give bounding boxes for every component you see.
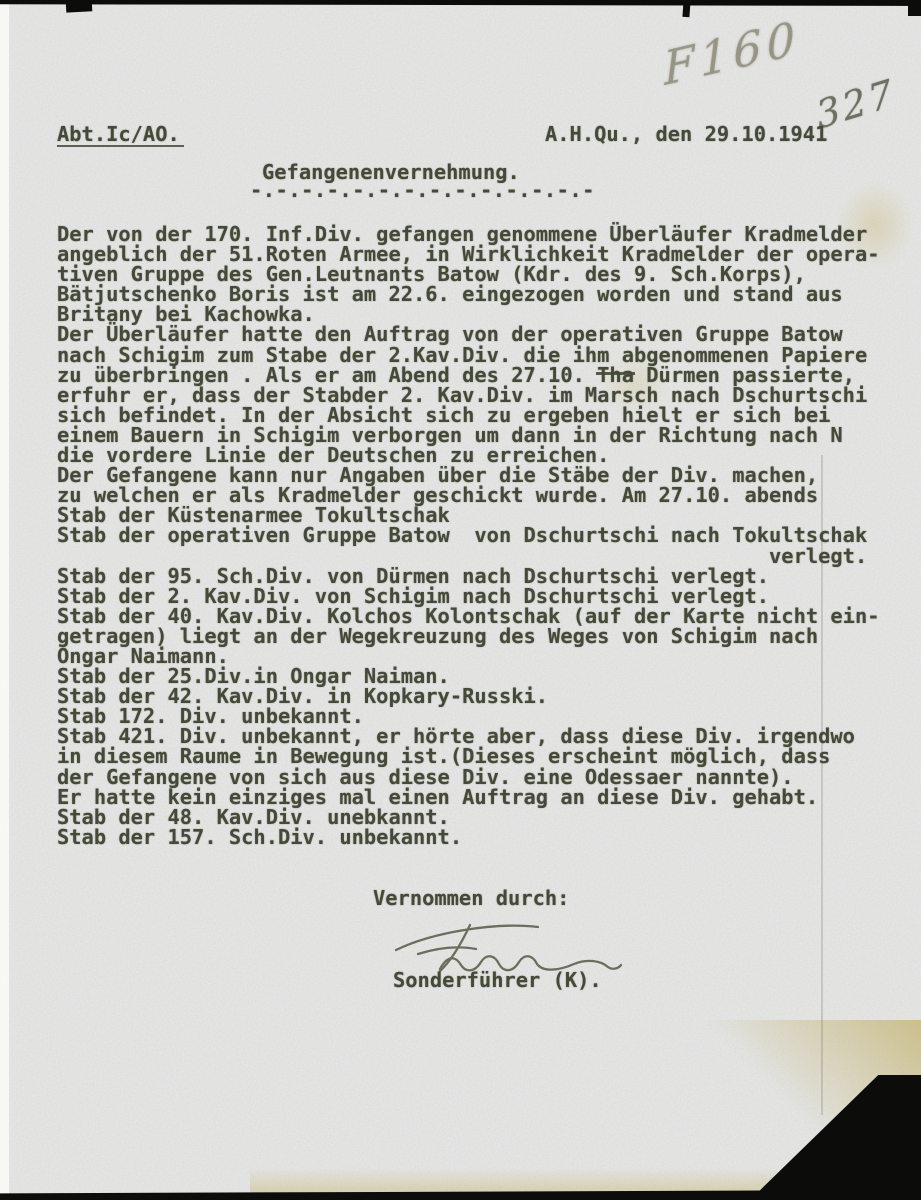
signer-title: Sonderführer (K).: [393, 970, 602, 990]
typed-line: Stab der 95. Sch.Div. von Dürmen nach Ds…: [57, 566, 880, 586]
document-body: Der von der 170. Inf.Div. gefangen genom…: [57, 224, 880, 847]
typed-line: Stab der operativen Gruppe Batow von Dsc…: [57, 525, 880, 545]
scan-edge-left-light: [0, 0, 9, 1200]
typed-line: erfuhr er, dass der Stabder 2. Kav.Div. …: [57, 385, 880, 405]
typed-line: der Gefangene von sich aus diese Div. ei…: [57, 767, 880, 787]
typed-line: in diesem Raume in Bewegung ist.(Dieses …: [57, 746, 880, 766]
dateline: A.H.Qu., den 29.10.1941: [545, 124, 827, 144]
scan-edge-top: [0, 0, 921, 7]
typed-line: Stab der 40. Kav.Div. Kolchos Kolontscha…: [57, 606, 880, 626]
typed-line: Der Überläufer hatte den Auftrag von der…: [57, 324, 880, 344]
typed-line: Stab der 157. Sch.Div. unbekannt.: [57, 827, 880, 847]
typed-line: Stab der 48. Kav.Div. unebkannt.: [57, 807, 880, 827]
typed-line: getragen) liegt an der Wegekreuzung des …: [57, 626, 880, 646]
department-reference: Abt.Ic/AO.: [57, 124, 184, 147]
struck-out-word: Tha: [597, 363, 634, 387]
typed-line: sich befindet. In der Absicht sich zu er…: [57, 405, 880, 425]
title-underline: -.-.-.-.-.-.-.-.-.-.-.-.-.-: [250, 180, 595, 200]
scan-edge-mark: [66, 0, 93, 13]
typed-line: zu welchen er als Kradmelder geschickt w…: [57, 485, 880, 505]
scan-edge-mark: [682, 0, 690, 17]
scanned-document-page: F160 327 Abt.Ic/AO. A.H.Qu., den 29.10.1…: [0, 0, 921, 1200]
signature-caption: Vernommen durch:: [373, 888, 569, 908]
typed-line: verlegt.: [57, 546, 880, 566]
handwritten-archive-number: F160: [662, 10, 801, 96]
typed-line: nach Schigim zum Stabe der 2.Kav.Div. di…: [57, 345, 880, 365]
typed-line: zu überbringen . Als er am Abend des 27.…: [57, 365, 880, 385]
typed-line: Er hatte kein einziges mal einen Auftrag…: [57, 787, 880, 807]
typed-line: Stab der 2. Kav.Div. von Schigim nach Ds…: [57, 586, 880, 606]
scan-edge-corner: [908, 0, 921, 16]
